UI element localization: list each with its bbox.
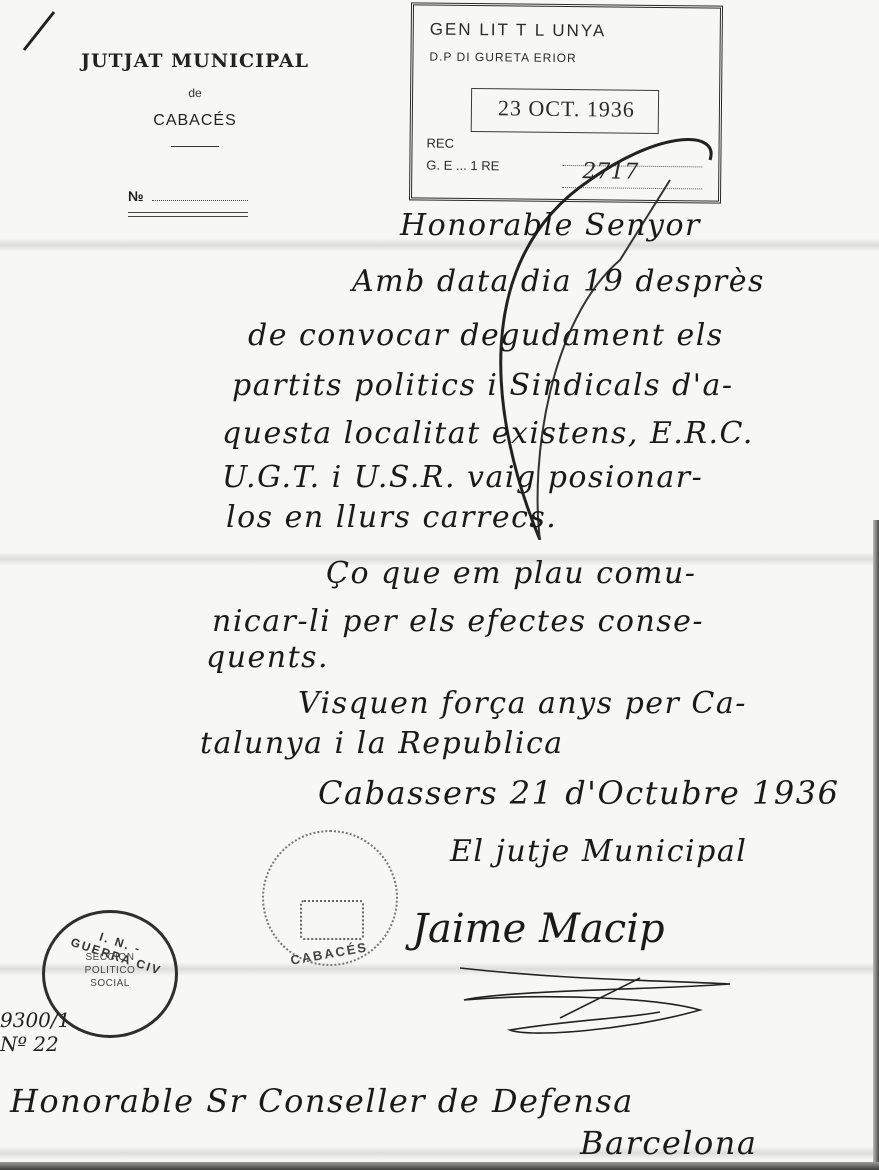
- archive-note-line: Nº 22: [0, 1032, 70, 1056]
- registry-stamp: GEN LIT T L UNYA D.P DI GURETA ERIOR 23 …: [409, 2, 723, 203]
- archive-stamp-line: SECCION: [45, 951, 175, 964]
- signature-flourish: [450, 960, 750, 1040]
- letterhead-preposition: de: [60, 86, 330, 100]
- body-line: partits politics i Sindicals d'a-: [232, 368, 734, 403]
- pen-stroke-mark: [18, 10, 58, 54]
- addressee-line: Honorable Sr Conseller de Defensa: [10, 1082, 634, 1120]
- registry-date-box: 23 OCT. 1936: [471, 88, 659, 134]
- body-line: U.G.T. i U.S.R. vaig posionar-: [222, 460, 703, 495]
- body-line: quents.: [206, 640, 329, 675]
- signatory-title: El jutje Municipal: [450, 834, 747, 869]
- registry-stamp-line4: G. E ... 1 RE: [426, 158, 499, 174]
- salutation: Honorable Senyor: [400, 208, 701, 243]
- registry-stamp-line2: D.P DI GURETA ERIOR: [429, 50, 576, 66]
- registry-dotted-line: [562, 187, 702, 189]
- page-edge-shadow: [873, 520, 879, 1170]
- body-line: Ço que em plau comu-: [326, 556, 696, 591]
- registry-stamp-line3: REC: [426, 136, 454, 151]
- registry-number: 2717: [582, 159, 638, 185]
- municipal-seal-emblem: [300, 900, 364, 940]
- body-line: questa localitat existens, E.R.C.: [222, 416, 754, 451]
- letterhead-title: JUTJAT MUNICIPAL: [60, 50, 330, 72]
- archive-note: 9300/1 Nº 22: [0, 1008, 70, 1056]
- number-label: №: [128, 188, 144, 204]
- signature: Jaime Macip: [412, 906, 665, 952]
- letterhead-rule: [171, 146, 219, 147]
- archive-note-line: 9300/1: [0, 1008, 70, 1032]
- body-line: Amb data dia 19 desprès: [352, 264, 765, 299]
- body-line: los en llurs carrecs.: [226, 500, 557, 535]
- addressee-city: Barcelona: [580, 1124, 757, 1162]
- registry-stamp-line1: GEN LIT T L UNYA: [430, 20, 607, 42]
- archive-stamp-line: POLITICO: [45, 964, 175, 977]
- body-line: nicar-li per els efectes conse-: [212, 604, 704, 639]
- number-double-rule: [128, 212, 248, 217]
- body-line: talunya i la Republica: [200, 726, 564, 761]
- body-line: de convocar degudament els: [248, 318, 724, 353]
- archive-stamp-inner: SECCION POLITICO SOCIAL: [45, 951, 175, 990]
- letterhead: JUTJAT MUNICIPAL de CABACÉS №: [60, 50, 330, 147]
- body-line: Visquen força anys per Ca-: [298, 686, 747, 721]
- number-dotted-line: [152, 200, 248, 201]
- archive-stamp-line: SOCIAL: [45, 977, 175, 990]
- place-and-date: Cabassers 21 d'Octubre 1936: [318, 774, 839, 812]
- document-page: JUTJAT MUNICIPAL de CABACÉS № GEN LIT T …: [0, 0, 879, 1170]
- page-edge-shadow: [0, 1162, 879, 1170]
- registry-date: 23 OCT. 1936: [498, 95, 635, 122]
- letterhead-town: CABACÉS: [60, 112, 330, 130]
